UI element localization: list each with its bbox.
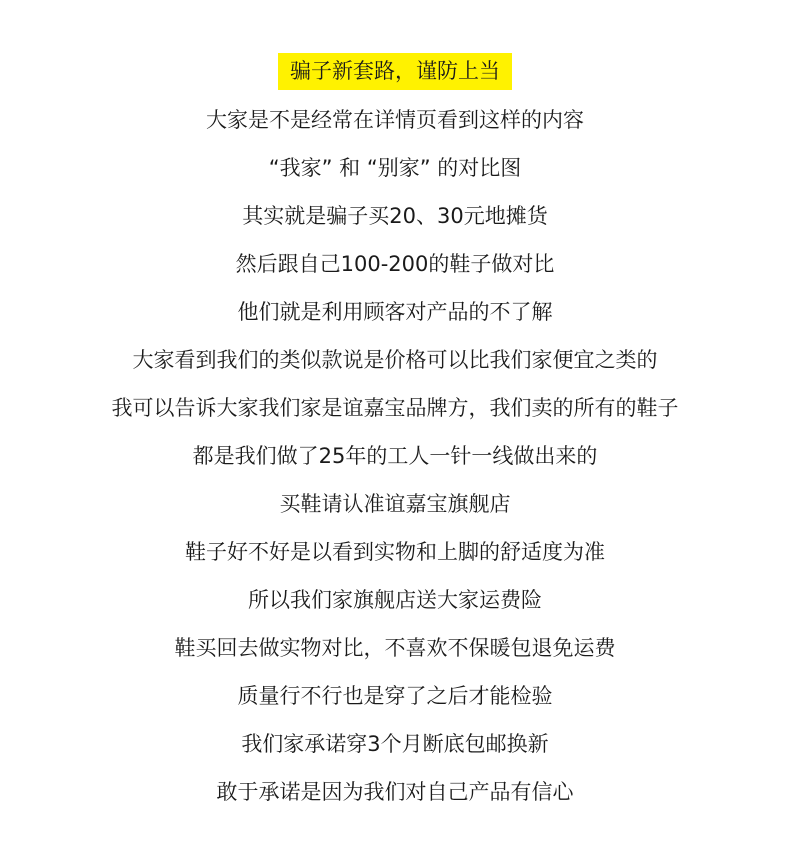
notice-line: 质量行不行也是穿了之后才能检验 — [238, 672, 553, 720]
notice-line: “我家” 和 “别家” 的对比图 — [269, 144, 522, 192]
notice-line: 敢于承诺是因为我们对自己产品有信心 — [217, 768, 574, 816]
notice-line: 鞋买回去做实物对比，不喜欢不保暖包退免运费 — [175, 624, 616, 672]
notice-line: 我们家承诺穿3个月断底包邮换新 — [241, 720, 548, 768]
notice-line: 其实就是骗子买20、30元地摊货 — [242, 192, 547, 240]
notice-document: 骗子新套路，谨防上当 大家是不是经常在详情页看到这样的内容 “我家” 和 “别家… — [0, 45, 790, 816]
headline-highlight: 骗子新套路，谨防上当 — [278, 53, 512, 90]
notice-lines: 大家是不是经常在详情页看到这样的内容 “我家” 和 “别家” 的对比图 其实就是… — [112, 96, 679, 816]
notice-line: 我可以告诉大家我们家是谊嘉宝品牌方，我们卖的所有的鞋子 — [112, 384, 679, 432]
notice-line: 他们就是利用顾客对产品的不了解 — [238, 288, 553, 336]
notice-line: 大家是不是经常在详情页看到这样的内容 — [206, 96, 584, 144]
notice-line: 所以我们家旗舰店送大家运费险 — [248, 576, 542, 624]
notice-line: 都是我们做了25年的工人一针一线做出来的 — [193, 432, 598, 480]
notice-line: 然后跟自己100-200的鞋子做对比 — [236, 240, 555, 288]
notice-line: 大家看到我们的类似款说是价格可以比我们家便宜之类的 — [133, 336, 658, 384]
notice-line: 鞋子好不好是以看到实物和上脚的舒适度为准 — [185, 528, 605, 576]
notice-line: 买鞋请认准谊嘉宝旗舰店 — [280, 480, 511, 528]
